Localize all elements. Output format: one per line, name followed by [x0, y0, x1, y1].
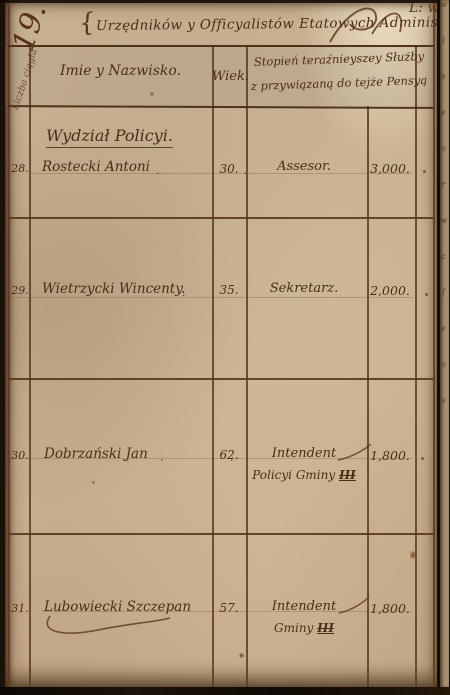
column-line-salary — [415, 45, 417, 687]
entry-rank: Assesor. — [248, 159, 360, 174]
rank-class-roman: III — [317, 621, 334, 635]
entry-age: 35. — [212, 283, 246, 297]
name-underline-flourish — [36, 612, 176, 638]
pen-paraph-flourish — [322, 0, 417, 46]
entry-rank-line2: Gminy III — [248, 621, 360, 635]
ink-stain — [92, 481, 95, 484]
section-heading: Wydział Policyi. — [46, 126, 173, 148]
row-divider-2 — [8, 378, 434, 380]
ink-stain — [150, 92, 154, 96]
entry-age: 57. — [212, 601, 246, 615]
entry-name: Wietrzycki Wincenty. — [42, 281, 185, 297]
entry-rank-line2: Policyi Gminy III — [248, 468, 360, 482]
entry-salary: 3,000. — [367, 161, 413, 176]
next-page-sliver: ſ e c w o s r i ) c e w o ſ s r e o c w … — [440, 0, 449, 688]
table-right-frame-line — [433, 2, 435, 687]
column-line-age — [246, 45, 248, 687]
writing-baseline-2 — [10, 297, 413, 298]
entry-age: 30. — [212, 162, 246, 176]
rank-class-roman: III — [339, 468, 356, 482]
stray-ink-dot — [425, 293, 428, 296]
row-divider-3 — [8, 533, 434, 535]
leader-dots: . — [182, 286, 200, 299]
column-line-number — [29, 45, 31, 687]
entry-age: 62. — [212, 448, 246, 462]
rank-unit: Policyi Gminy — [252, 468, 339, 482]
page-left-edge — [0, 0, 5, 695]
entry-name: Dobrzański Jan — [44, 446, 148, 462]
entry-rank: Sekretarz. — [248, 281, 360, 296]
entry-salary: 2,000. — [367, 283, 413, 298]
column-header-age: Wiek. — [212, 69, 246, 84]
page-top-edge — [0, 0, 450, 3]
page-bottom-edge — [0, 687, 450, 695]
rank-unit: Gminy — [274, 621, 317, 635]
ink-stain — [239, 653, 244, 658]
column-header-name: Imie y Nazwisko. — [29, 63, 212, 79]
next-page-cutoff-text: ſ e c w o s r i ) c e w o ſ s r e o c w … — [440, 0, 449, 688]
scanned-register-page: 19. { Urzędników y Officyalistów Etatowy… — [0, 0, 450, 695]
column-line-name — [212, 45, 214, 687]
book-gutter-edge: ſ e c w o s r i ) c e w o ſ s r e o c w … — [437, 0, 450, 695]
stray-ink-dot — [423, 170, 426, 173]
entry-salary: 1,800. — [367, 601, 413, 616]
row-number: 29. — [8, 284, 32, 297]
entry-name: Rostecki Antoni — [42, 159, 150, 175]
pen-tail-flourish — [336, 595, 372, 617]
pen-tail-flourish — [334, 442, 374, 464]
row-number: 28. — [8, 162, 32, 175]
row-number: 31. — [8, 602, 32, 615]
row-number: 30. — [8, 449, 32, 462]
stray-ink-dot — [421, 457, 424, 460]
row-divider-1 — [8, 217, 434, 219]
